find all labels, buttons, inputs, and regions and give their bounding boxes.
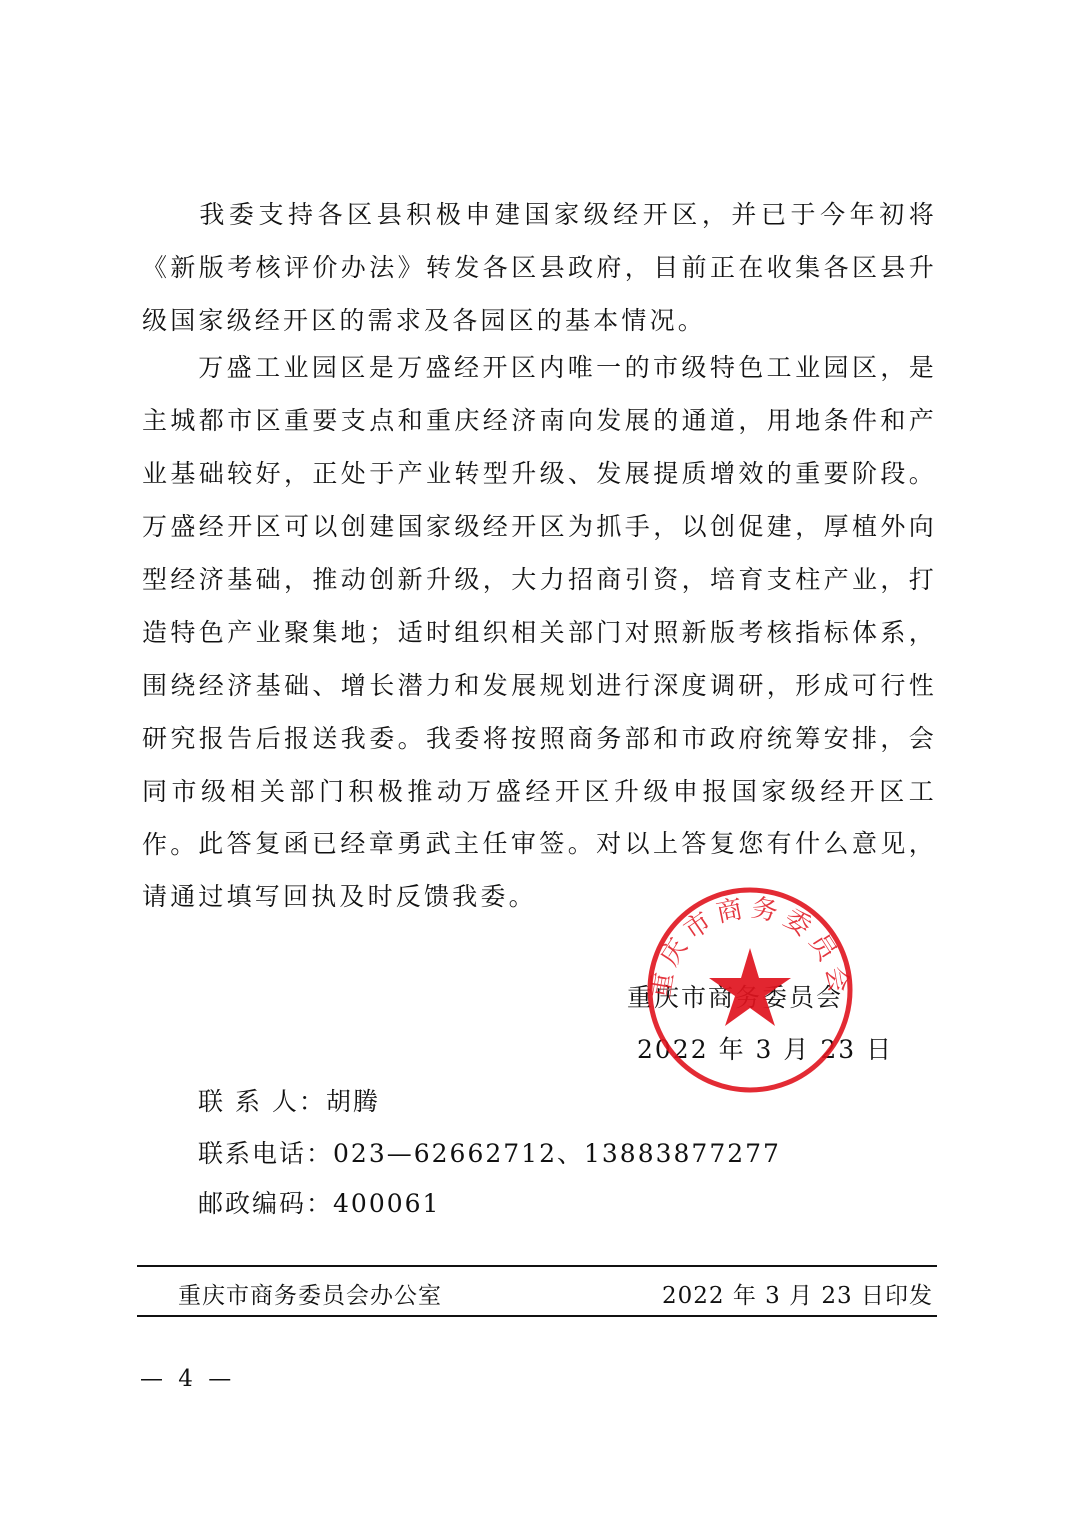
- footer-rule-top: [137, 1265, 937, 1267]
- body-paragraph-3: 此答复函已经章勇武主任审签。对以上答复您有什么意见，请通过填写回执及时反馈我委。: [142, 817, 937, 923]
- contact-phone-value: 023—62662712、13883877277: [333, 1139, 781, 1168]
- paragraph-text: 我委支持各区县积极申建国家级经开区，并已于今年初将《新版考核评价办法》转发各区县…: [142, 200, 937, 335]
- contact-person-row: 联 系 人：胡腾: [198, 1082, 380, 1118]
- footer-rule-bottom: [137, 1315, 937, 1317]
- contact-phone-row: 联系电话：023—62662712、13883877277: [198, 1134, 781, 1170]
- contact-postcode-label: 邮政编码：: [198, 1189, 333, 1218]
- contact-phone-label: 联系电话：: [198, 1139, 333, 1168]
- footer-issue-date: 2022 年 3 月 23 日印发: [662, 1277, 933, 1310]
- contact-person-label: 联 系 人：: [198, 1087, 326, 1116]
- body-paragraph-2: 万盛工业园区是万盛经开区内唯一的市级特色工业园区，是主城都市区重要支点和重庆经济…: [142, 341, 937, 871]
- signature-date: 2022 年 3 月 23 日: [637, 1030, 893, 1066]
- contact-postcode-value: 400061: [333, 1189, 440, 1218]
- paragraph-text: 此答复函已经章勇武主任审签。对以上答复您有什么意见，请通过填写回执及时反馈我委。: [142, 829, 937, 911]
- signature-organization: 重庆市商务委员会: [627, 978, 843, 1014]
- contact-postcode-row: 邮政编码：400061: [198, 1184, 440, 1220]
- paragraph-text: 万盛工业园区是万盛经开区内唯一的市级特色工业园区，是主城都市区重要支点和重庆经济…: [142, 353, 937, 859]
- page-number: — 4 —: [140, 1366, 235, 1392]
- contact-person-value: 胡腾: [326, 1087, 380, 1116]
- body-paragraph-1: 我委支持各区县积极申建国家级经开区，并已于今年初将《新版考核评价办法》转发各区县…: [142, 188, 937, 347]
- footer-issuer: 重庆市商务委员会办公室: [178, 1277, 442, 1310]
